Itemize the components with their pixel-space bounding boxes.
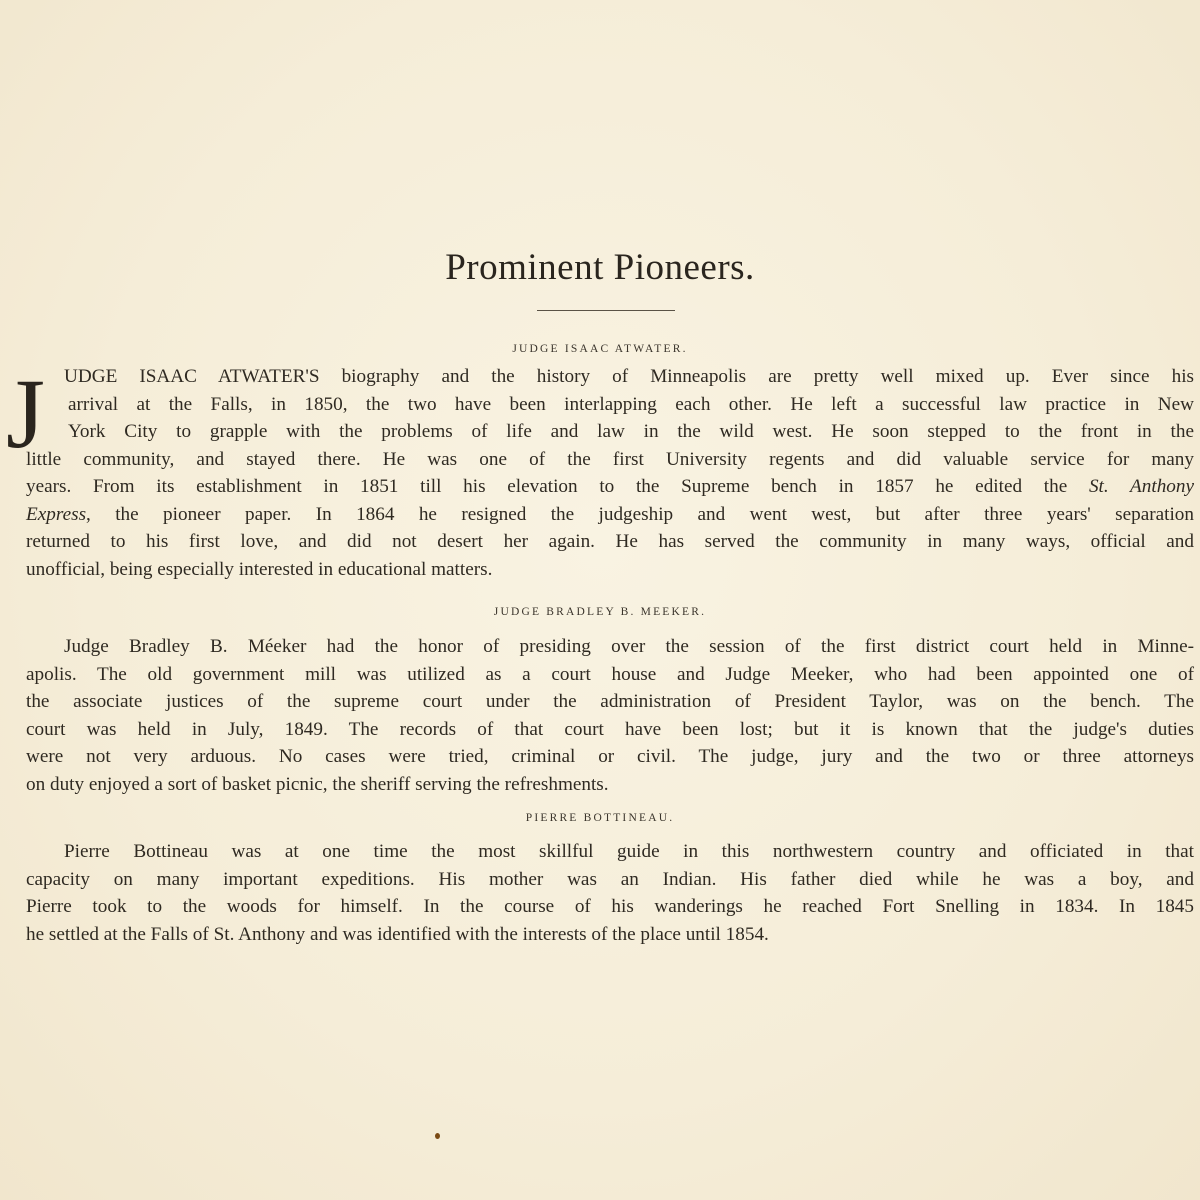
text-line: Pierre Bottineau was at one time the mos…	[26, 838, 1194, 866]
text-line: capacity on many important expeditions. …	[26, 866, 1194, 894]
section-body-atwater: UDGE ISAAC ATWATER'S biography and the h…	[26, 363, 1194, 583]
text-line: UDGE ISAAC ATWATER'S biography and the h…	[26, 363, 1194, 391]
text-line: arrival at the Falls, in 1850, the two h…	[26, 391, 1194, 419]
text-line: years. From its establishment in 1851 ti…	[26, 473, 1194, 501]
section-body-meeker: Judge Bradley B. Méeker had the honor of…	[26, 633, 1194, 798]
text-line: little community, and stayed there. He w…	[26, 446, 1194, 474]
text-line: Pierre took to the woods for himself. In…	[26, 893, 1194, 921]
text-line: Express, the pioneer paper. In 1864 he r…	[26, 501, 1194, 529]
text-line: on duty enjoyed a sort of basket picnic,…	[26, 771, 1194, 799]
title-rule-divider	[537, 310, 675, 311]
section-body-bottineau: Pierre Bottineau was at one time the mos…	[26, 838, 1194, 948]
text-line: unofficial, being especially interested …	[26, 556, 1194, 584]
text-line: the associate justices of the supreme co…	[26, 688, 1194, 716]
text-line: were not very arduous. No cases were tri…	[26, 743, 1194, 771]
newspaper-title: Express	[26, 504, 86, 525]
text-line: apolis. The old government mill was util…	[26, 661, 1194, 689]
text-line: Judge Bradley B. Méeker had the honor of…	[26, 633, 1194, 661]
text-line: York City to grapple with the problems o…	[26, 418, 1194, 446]
paper-speck	[435, 1133, 440, 1139]
section-heading-meeker: JUDGE BRADLEY B. MEEKER.	[0, 606, 1200, 618]
newspaper-title: St. Anthony	[1089, 476, 1194, 497]
page-title: Prominent Pioneers.	[0, 246, 1200, 289]
section-heading-bottineau: PIERRE BOTTINEAU.	[0, 812, 1200, 824]
document-page: Prominent Pioneers. JUDGE ISAAC ATWATER.…	[0, 0, 1200, 1200]
text-line: he settled at the Falls of St. Anthony a…	[26, 921, 1194, 949]
section-heading-atwater: JUDGE ISAAC ATWATER.	[0, 343, 1200, 355]
text-line: court was held in July, 1849. The record…	[26, 716, 1194, 744]
text-line: returned to his first love, and did not …	[26, 528, 1194, 556]
